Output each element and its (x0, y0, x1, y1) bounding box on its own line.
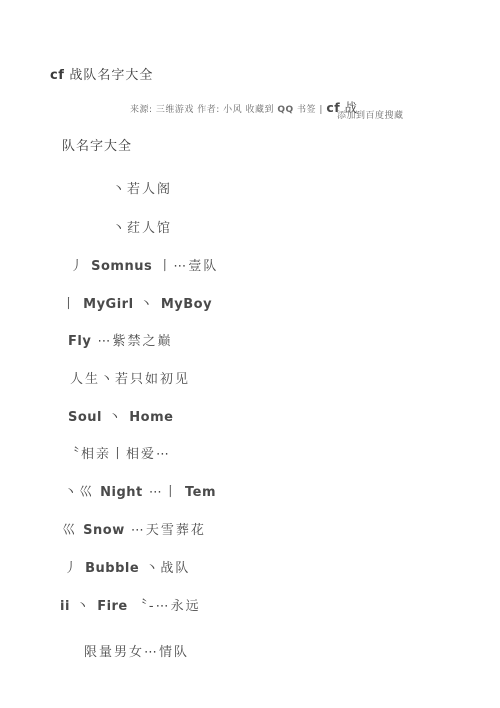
clan-name-item: 〝相亲丨相爱⋯ (66, 443, 171, 462)
clan-name-item: 丶荭人馆 (112, 217, 172, 236)
clan-name-item: 丿 Somnus 丨⋯壹队 (70, 255, 218, 274)
clan-name-item: 丨 MyGirl 丶 MyBoy (62, 293, 212, 312)
source-meta-line: 来源: 三维游戏 作者: 小风 收藏到 QQ 书签 | cf 战 (130, 98, 358, 116)
page-title: cf 战队名字大全 (50, 64, 153, 83)
clan-name-item: 人生丶若只如初见 (70, 368, 190, 387)
clan-name-item: 丿 Bubble 丶战队 (64, 557, 190, 576)
clan-name-item: ii 丶 Fire 〝-⋯永远 (60, 595, 201, 614)
clan-name-item: 巛 Snow ⋯天雪葬花 (62, 519, 206, 538)
clan-name-item: 丶巛 Night ⋯丨 Tem (64, 481, 216, 500)
page-title-wrapped: 队名字大全 (62, 135, 132, 154)
clan-name-item: 丶若人阁 (112, 178, 172, 197)
clan-name-item: Soul 丶 Home (68, 406, 173, 425)
document-page: cf 战队名字大全 来源: 三维游戏 作者: 小风 收藏到 QQ 书签 | cf… (0, 0, 500, 708)
clan-name-item: 限量男女⋯情队 (84, 641, 189, 660)
baidu-bookmark-link[interactable]: 添加到百度搜藏 (337, 108, 404, 121)
clan-name-item: Fly ⋯紫禁之巅 (68, 330, 172, 349)
